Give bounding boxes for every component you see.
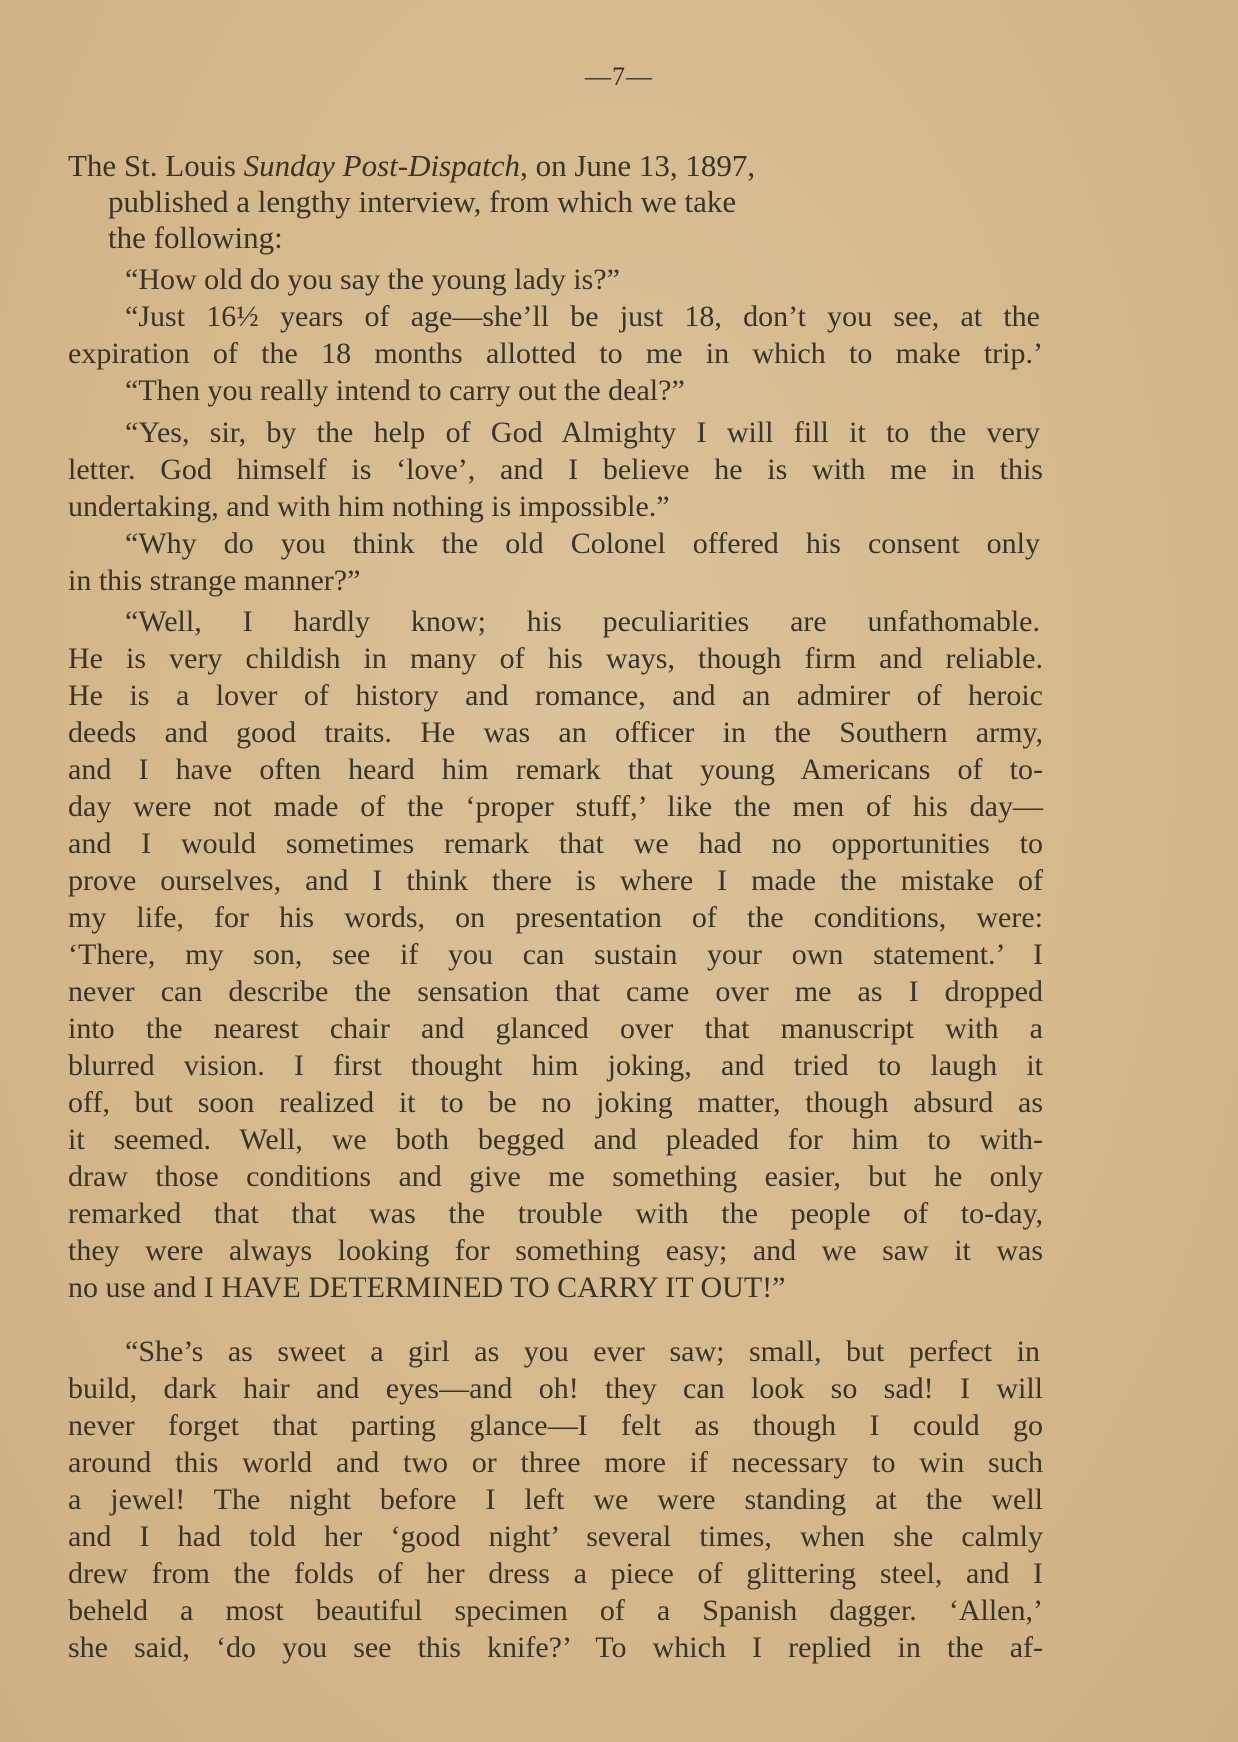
text-line: “Just 16½ years of age—she’ll be just 18… — [125, 299, 1040, 335]
text-line: never can describe the sensation that ca… — [68, 974, 1043, 1010]
text-line: letter. God himself is ‘love’, and I bel… — [68, 452, 1043, 488]
text-line: a jewel! The night before I left we were… — [68, 1482, 1043, 1518]
text-line: build, dark hair and eyes—and oh! they c… — [68, 1371, 1043, 1407]
text-line: He is very childish in many of his ways,… — [68, 641, 1043, 677]
text-line: “Why do you think the old Colonel offere… — [125, 526, 1040, 562]
text-line: my life, for his words, on presentation … — [68, 900, 1043, 936]
text-line: expiration of the 18 months allotted to … — [68, 336, 1043, 372]
text-line: “She’s as sweet a girl as you ever saw; … — [125, 1334, 1040, 1370]
text-line: it seemed. Well, we both begged and plea… — [68, 1122, 1043, 1158]
text-line: day were not made of the ‘proper stuff,’… — [68, 789, 1043, 825]
text-line: He is a lover of history and romance, an… — [68, 678, 1043, 714]
text-line: off, but soon realized it to be no jokin… — [68, 1085, 1043, 1121]
text-line: and I had told her ‘good night’ several … — [68, 1519, 1043, 1555]
text-line: around this world and two or three more … — [68, 1445, 1043, 1481]
text-line: remarked that that was the trouble with … — [68, 1196, 1043, 1232]
text-line: draw those conditions and give me someth… — [68, 1159, 1043, 1195]
intro-line: the following: — [108, 220, 283, 256]
text-line: and I would sometimes remark that we had… — [68, 826, 1043, 862]
intro-line: The St. Louis Sunday Post-Dispatch, on J… — [68, 148, 1038, 184]
newspaper-name: Sunday Post-Dispatch — [244, 148, 520, 183]
text-line: “Well, I hardly know; his peculiarities … — [125, 604, 1040, 640]
text-line: and I have often heard him remark that y… — [68, 752, 1043, 788]
page-number: —7— — [0, 62, 1238, 92]
text-line: no use and I HAVE DETERMINED TO CARRY IT… — [68, 1270, 785, 1306]
text-line: drew from the folds of her dress a piece… — [68, 1556, 1043, 1592]
text-line: blurred vision. I first thought him joki… — [68, 1048, 1043, 1084]
text-line: “Yes, sir, by the help of God Almighty I… — [125, 415, 1040, 451]
text-line: undertaking, and with him nothing is imp… — [68, 489, 670, 525]
text-line: prove ourselves, and I think there is wh… — [68, 863, 1043, 899]
text-line: “Then you really intend to carry out the… — [125, 373, 685, 409]
text-line: “How old do you say the young lady is?” — [125, 262, 620, 298]
text-line: they were always looking for something e… — [68, 1233, 1043, 1269]
text-line: she said, ‘do you see this knife?’ To wh… — [68, 1630, 1043, 1666]
text-line: never forget that parting glance—I felt … — [68, 1408, 1043, 1444]
text-line: deeds and good traits. He was an officer… — [68, 715, 1043, 751]
text-line: in this strange manner?” — [68, 563, 360, 599]
text-line: into the nearest chair and glanced over … — [68, 1011, 1043, 1047]
intro-text: The St. Louis — [68, 148, 244, 183]
text-line: ‘There, my son, see if you can sustain y… — [68, 937, 1043, 973]
intro-text: , on June 13, 1897, — [520, 148, 755, 183]
text-line: beheld a most beautiful specimen of a Sp… — [68, 1593, 1043, 1629]
intro-line: published a lengthy interview, from whic… — [108, 184, 736, 220]
